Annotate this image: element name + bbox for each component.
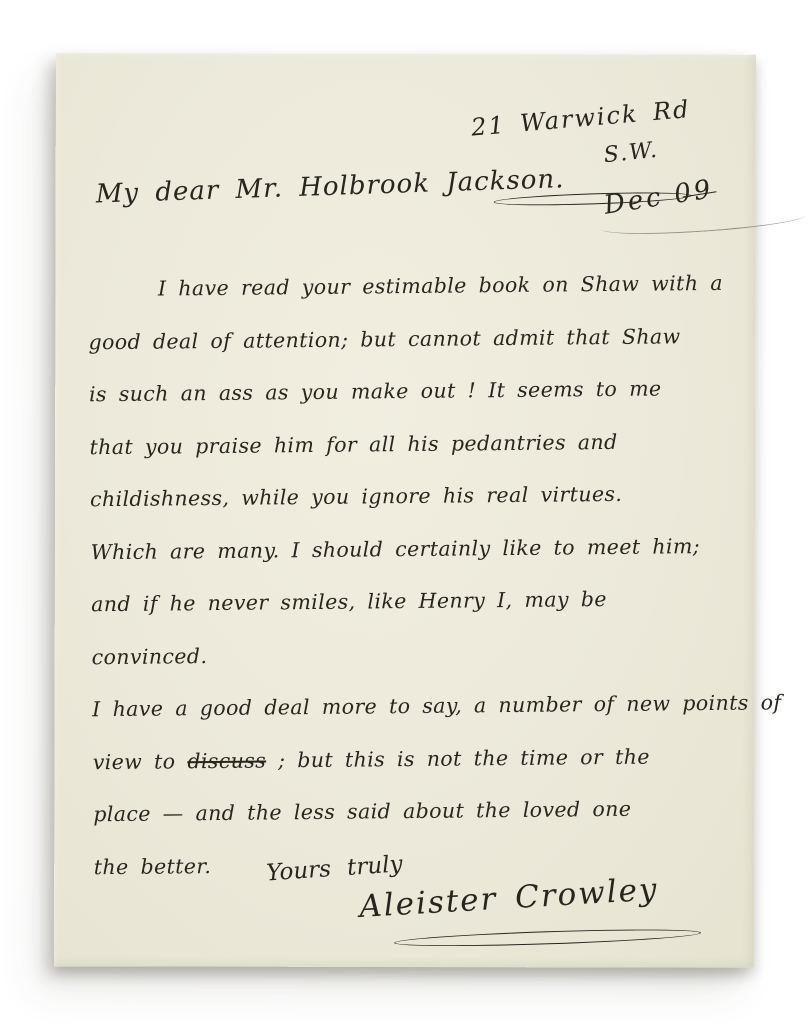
body-text-segment: Which are many. I should certainly like … (90, 534, 700, 564)
body-text-segment: I have a good deal more to say, a number… (92, 690, 781, 721)
signature-underline-flourish (394, 926, 701, 949)
body-text-segment: that you praise him for all his pedantri… (89, 429, 617, 458)
body-text-segment: I have read your estimable book on Shaw … (158, 271, 723, 301)
body-text-segment: childishness, while you ignore his real … (90, 482, 622, 511)
letter-body-line: view to discuss ; but this is not the ti… (92, 729, 732, 788)
body-text-segment: the better. (94, 854, 212, 879)
letter-body-line: I have read your estimable book on Shaw … (88, 257, 728, 316)
letter-body-line: is such an ass as you make out ! It seem… (89, 362, 729, 421)
letter-body: I have read your estimable book on Shaw … (88, 257, 734, 893)
body-text-segment: view to (93, 749, 188, 774)
letter-body-line: and if he never smiles, like Henry I, ma… (91, 572, 731, 631)
struck-out-word: discuss (187, 748, 266, 773)
body-text-segment: convinced. (92, 644, 208, 669)
body-text-segment: and if he never smiles, like Henry I, ma… (91, 587, 607, 616)
body-text-segment: place — and the less said about the love… (93, 797, 631, 826)
body-text-segment: is such an ass as you make out ! It seem… (89, 376, 662, 406)
letter-body-line: place — and the less said about the love… (93, 782, 733, 841)
body-text-segment: good deal of attention; but cannot admit… (88, 324, 680, 354)
address-line-1: 21 Warwick Rd (470, 95, 691, 142)
letter-body-line: I have a good deal more to say, a number… (92, 677, 732, 736)
letter-paper: 21 Warwick Rd S.W. Dec 09 My dear Mr. Ho… (54, 53, 756, 967)
address-line-2: S.W. (603, 138, 660, 169)
body-text-segment: ; but this is not the time or the (266, 744, 650, 772)
letter-body-line: convinced. (91, 624, 731, 683)
letter-body-line: childishness, while you ignore his real … (90, 467, 730, 526)
letter-body-line: Which are many. I should certainly like … (90, 519, 730, 578)
letter-body-line: that you praise him for all his pedantri… (89, 414, 729, 473)
letter-body-line: good deal of attention; but cannot admit… (88, 309, 728, 368)
letter-photograph: 21 Warwick Rd S.W. Dec 09 My dear Mr. Ho… (0, 0, 810, 1024)
